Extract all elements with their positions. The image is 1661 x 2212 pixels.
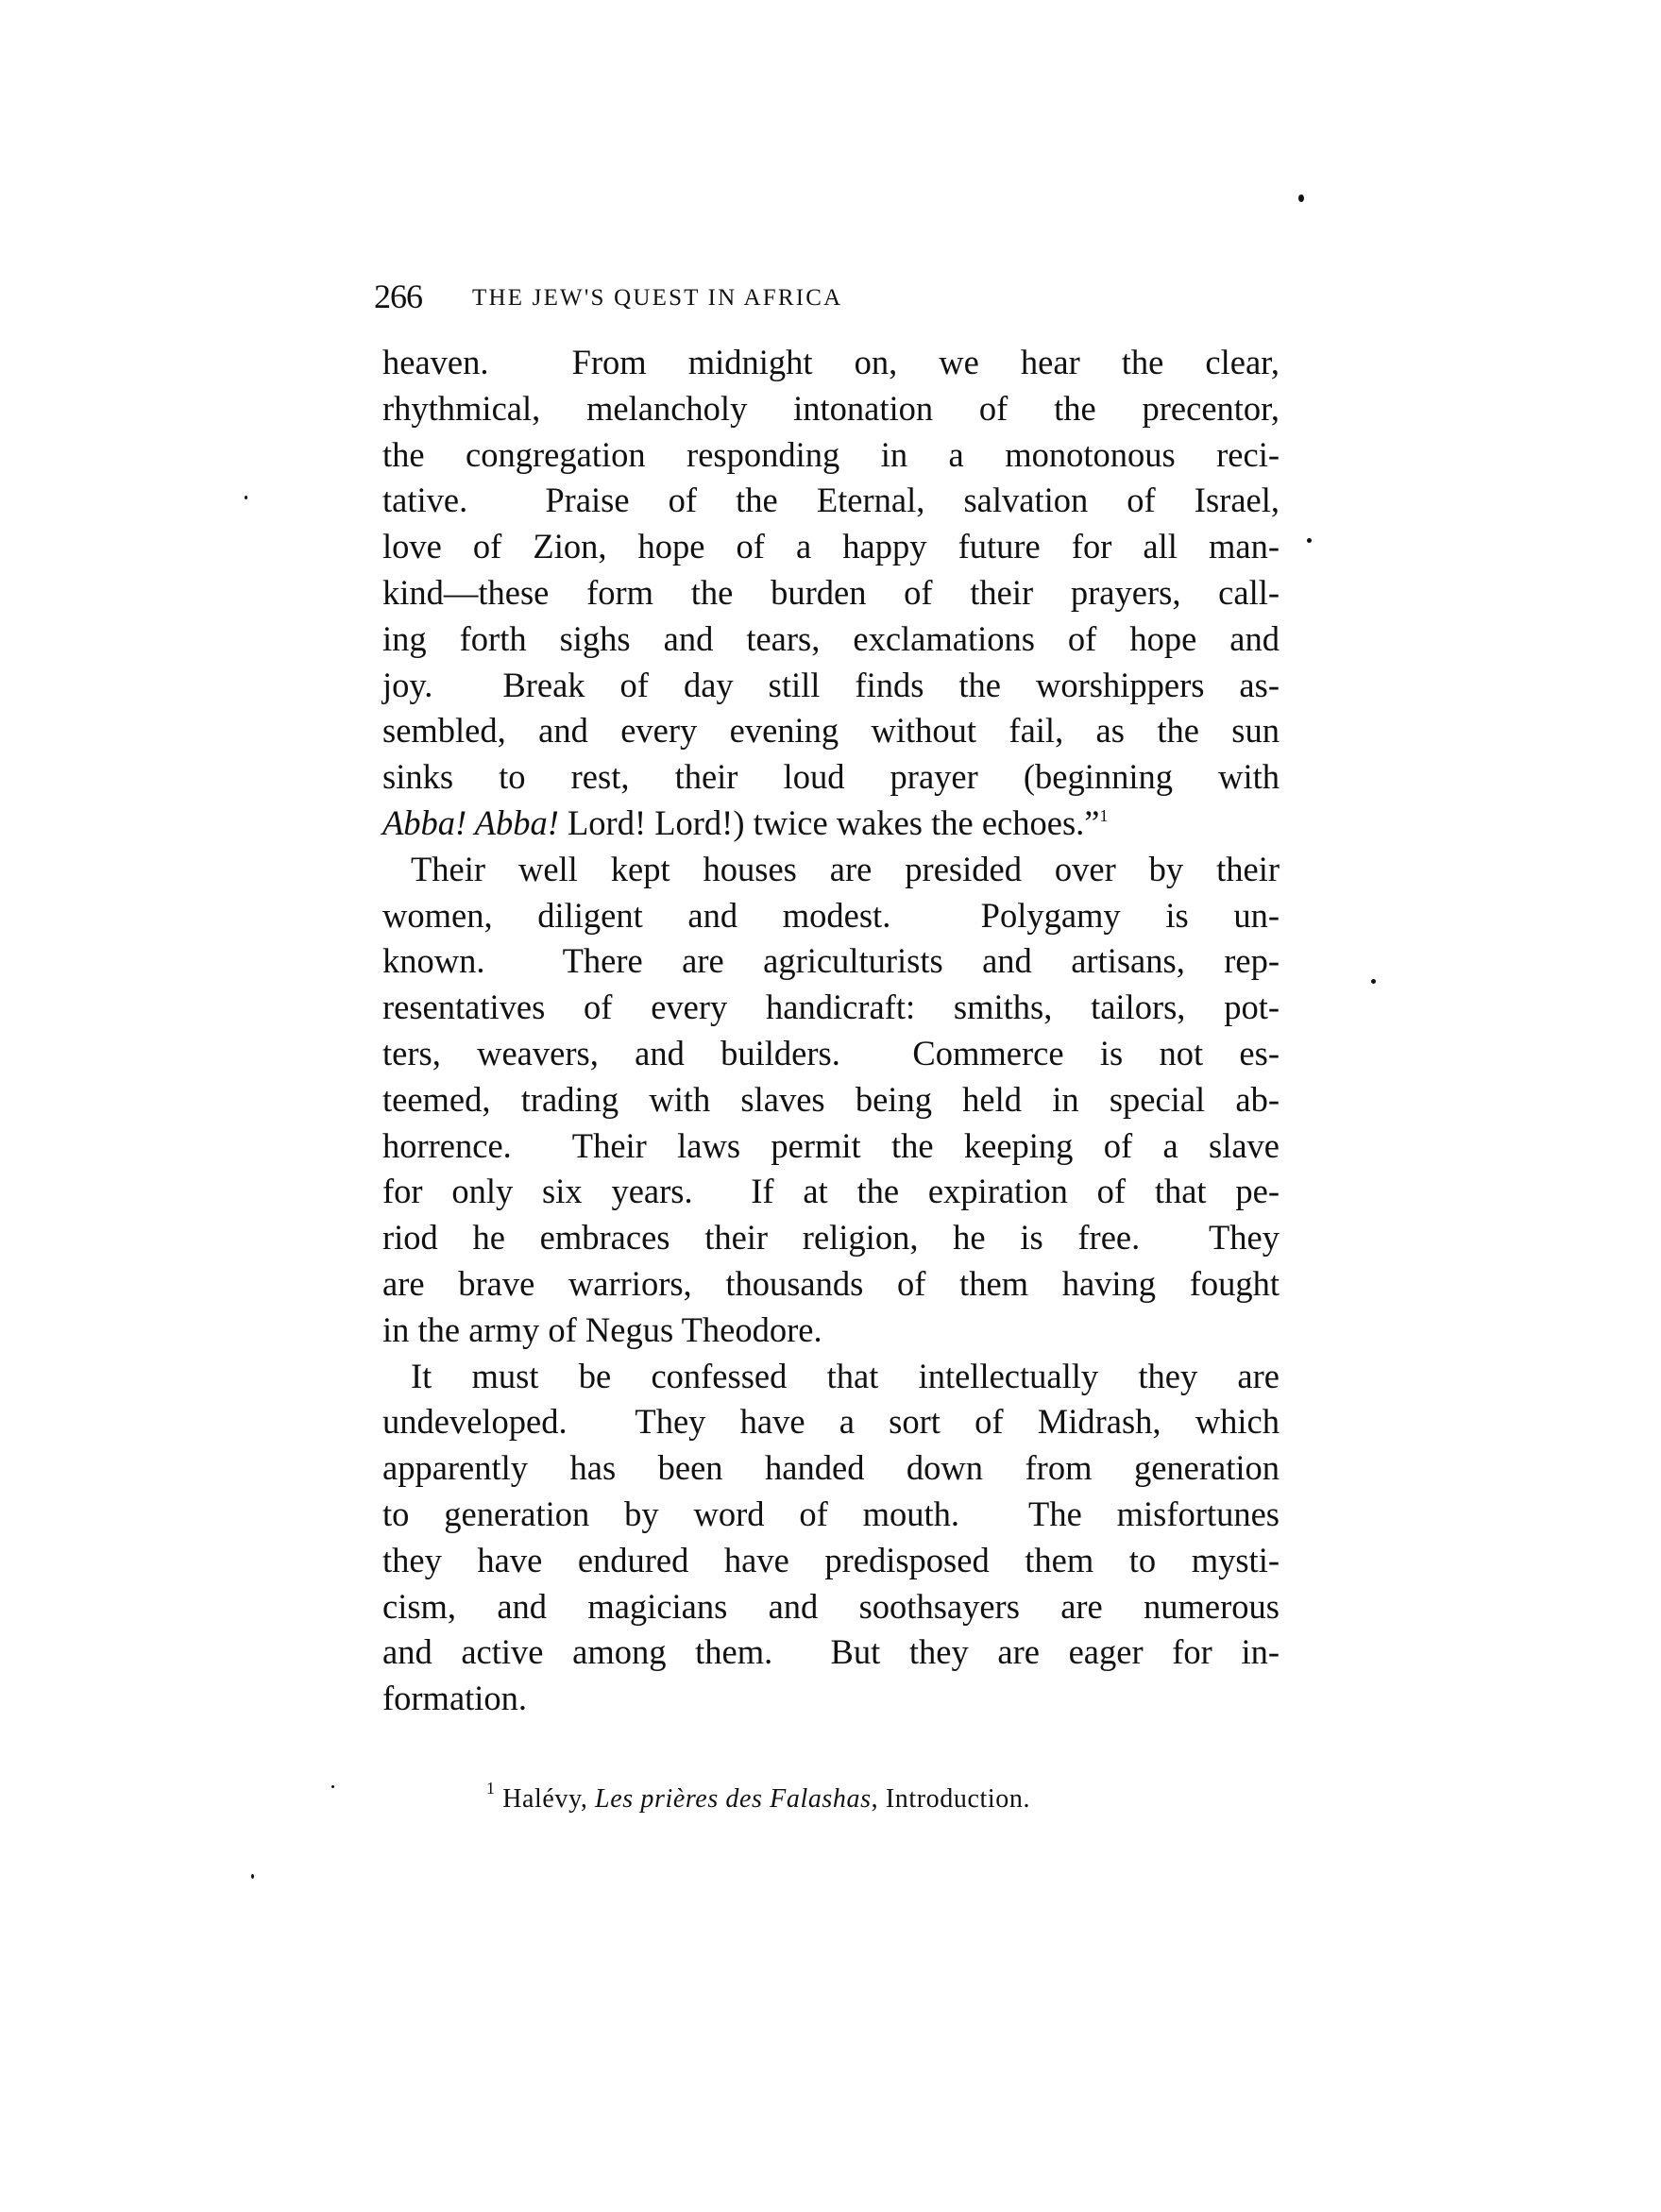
text-line: tative. Praise of the Eternal, salvation… [382,478,1280,524]
line-text: love of Zion, hope of a happy future for… [382,527,1280,566]
line-text: ing forth sighs and tears, exclamations … [382,619,1280,658]
footnote-reference[interactable]: 1 [1099,806,1108,825]
line-text: teemed, trading with slaves being held i… [382,1080,1280,1119]
text-line: are brave warriors, thousands of them ha… [382,1261,1280,1308]
scan-speck [1371,979,1376,984]
footnote-marker: 1 [486,1779,496,1798]
text-line: rhythmical, melancholy intonation of the… [382,386,1280,432]
line-text: the congregation responding in a monoton… [382,435,1280,474]
line-text: riod he embraces their religion, he is f… [382,1218,1280,1257]
text-line: sembled, and every evening without fail,… [382,708,1280,754]
line-text: to generation by word of mouth. The misf… [382,1494,1280,1533]
line-text: Their well kept houses are presided over… [411,850,1280,888]
scan-speck [1307,538,1312,543]
text-line: in the army of Negus Theodore. [382,1308,1280,1354]
text-line: and active among them. But they are eage… [382,1629,1280,1676]
footnote-author: Halévy, [496,1784,595,1814]
text-line: joy. Break of day still finds the worshi… [382,663,1280,709]
text-line: formation. [382,1676,1280,1722]
text-line: kind—these form the burden of their pray… [382,570,1280,616]
footnote-title: Les prières des Falashas [595,1784,872,1814]
text-line: cism, and magicians and soothsayers are … [382,1584,1280,1630]
line-text: horrence. Their laws permit the keeping … [382,1126,1280,1165]
line-text: known. There are agriculturists and arti… [382,941,1280,980]
line-text: heaven. From midnight on, we hear the cl… [382,343,1280,381]
line-text: for only six years. If at the expiration… [382,1172,1280,1210]
text-line: horrence. Their laws permit the keeping … [382,1123,1280,1170]
line-text: formation. [382,1679,527,1717]
line-text: apparently has been handed down from gen… [382,1448,1280,1487]
footnote-rest: , Introduction. [872,1784,1030,1814]
line-text: and active among them. But they are eage… [382,1632,1280,1671]
text-line: love of Zion, hope of a happy future for… [382,524,1280,570]
footnote: 1 Halévy, Les prières des Falashas, Intr… [486,1782,1030,1816]
line-text: in the army of Negus Theodore. [382,1310,822,1349]
text-line: apparently has been handed down from gen… [382,1445,1280,1492]
line-text: joy. Break of day still finds the worshi… [382,666,1280,704]
running-title: THE JEW'S QUEST IN AFRICA [472,278,842,319]
line-text: undeveloped. They have a sort of Midrash… [382,1402,1280,1441]
text-line: for only six years. If at the expiration… [382,1169,1280,1215]
line-text: ters, weavers, and builders. Commerce is… [382,1034,1280,1072]
text-line: ing forth sighs and tears, exclamations … [382,616,1280,663]
line-text: sinks to rest, their loud prayer (beginn… [382,757,1280,796]
text-line: sinks to rest, their loud prayer (beginn… [382,754,1280,801]
text-line: heaven. From midnight on, we hear the cl… [382,340,1280,386]
line-text: cism, and magicians and soothsayers are … [382,1587,1280,1626]
line-text: are brave warriors, thousands of them ha… [382,1264,1280,1303]
text-line: Abba! Abba! Lord! Lord!) twice wakes the… [382,801,1280,847]
line-text: they have endured have predisposed them … [382,1541,1280,1579]
text-line: riod he embraces their religion, he is f… [382,1215,1280,1261]
line-text: sembled, and every evening without fail,… [382,711,1280,750]
text-line: to generation by word of mouth. The misf… [382,1492,1280,1538]
text-line: teemed, trading with slaves being held i… [382,1077,1280,1123]
text-line: known. There are agriculturists and arti… [382,938,1280,985]
text-line: women, diligent and modest. Polygamy is … [382,893,1280,939]
text-line: Their well kept houses are presided over… [382,847,1280,893]
body-text: heaven. From midnight on, we hear the cl… [382,340,1280,1722]
italic-phrase: Abba! Abba! [382,803,559,842]
book-page: 266 THE JEW'S QUEST IN AFRICA heaven. Fr… [0,0,1661,2212]
text-line: undeveloped. They have a sort of Midrash… [382,1399,1280,1445]
scan-speck [1298,194,1304,202]
text-line: resentatives of every handicraft: smiths… [382,985,1280,1031]
scan-speck [331,1785,334,1788]
text-line: It must be confessed that intellectually… [382,1354,1280,1400]
line-text: kind—these form the burden of their pray… [382,573,1280,612]
scan-speck [251,1874,254,1879]
scan-speck [245,496,247,499]
page-number: 266 [374,276,422,317]
text-line: ters, weavers, and builders. Commerce is… [382,1031,1280,1077]
line-text: It must be confessed that intellectually… [411,1357,1280,1395]
line-text: rhythmical, melancholy intonation of the… [382,389,1280,428]
line-text: Lord! Lord!) twice wakes the echoes.” [559,803,1100,842]
line-text: tative. Praise of the Eternal, salvation… [382,481,1280,519]
running-head: 266 THE JEW'S QUEST IN AFRICA [374,276,1280,317]
line-text: resentatives of every handicraft: smiths… [382,988,1280,1026]
text-line: they have endured have predisposed them … [382,1538,1280,1584]
text-line: the congregation responding in a monoton… [382,432,1280,479]
line-text: women, diligent and modest. Polygamy is … [382,896,1280,935]
